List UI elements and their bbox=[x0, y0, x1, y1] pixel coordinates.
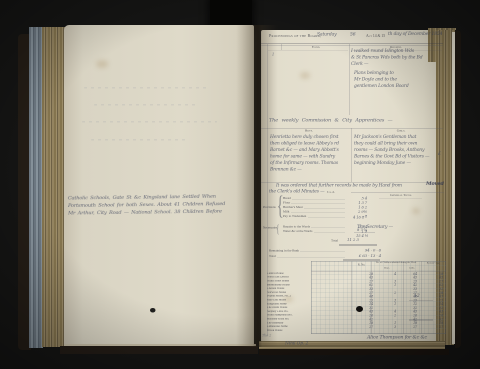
dotted-leader bbox=[301, 252, 345, 253]
total-double-rule-a bbox=[339, 244, 377, 245]
ink-dot bbox=[150, 308, 156, 313]
grid-row-label: Norwood House bbox=[267, 291, 311, 294]
balance-row: Total £ 63 · 13 · 4 bbox=[269, 253, 381, 259]
account-item-value: 5 4 bbox=[346, 196, 367, 200]
column-divider bbox=[349, 44, 350, 115]
account-row: Flour 1 3 7 bbox=[283, 200, 367, 205]
total-double-rule-b bbox=[339, 246, 377, 247]
grid-row-label: Brook House bbox=[267, 329, 311, 332]
grid-subheader-girls: Girls. bbox=[405, 267, 419, 270]
general-total-label: General Total bbox=[380, 194, 422, 198]
header-date: th day of December 1854 bbox=[388, 32, 442, 37]
left-box-entry: Henrietta here duly chosen firstthen obl… bbox=[270, 135, 339, 174]
grid-value-4: 27 bbox=[428, 325, 443, 328]
secretary-note: The Secretary — bbox=[357, 225, 393, 230]
grid-row-label: The Infirmary bbox=[267, 322, 311, 325]
grid-row-label: Chelsea House bbox=[267, 288, 311, 291]
grid-header-no: R. No. bbox=[353, 264, 370, 267]
account-row: Butcher's Meat 1 6 2 bbox=[283, 205, 367, 210]
balance-label: Remaining in the Bank bbox=[269, 249, 299, 252]
box-line: beginning Monday June — bbox=[354, 161, 429, 168]
grid-value-2: 3 bbox=[384, 325, 396, 328]
account-row: Bread 5 4 bbox=[283, 196, 367, 201]
grid-header-span: No. of Children admitted during the Week bbox=[372, 262, 420, 265]
grid-value-2: 1 bbox=[384, 284, 396, 287]
boxes-divider bbox=[351, 128, 352, 182]
grid-value-3: 27 bbox=[405, 325, 417, 328]
reported-paragraph-2: Plans belonging toMr Doyle and to thegen… bbox=[354, 71, 409, 91]
commission-minute: The weekly Commission & City Apprentices… bbox=[269, 118, 393, 123]
total-label: Total bbox=[331, 239, 338, 243]
resolution-flourish: Moved bbox=[426, 182, 444, 187]
grid-row-label: Limehouse Home bbox=[267, 326, 311, 329]
grid-header-remaining: Remain- ing. bbox=[422, 262, 444, 265]
grid-short-rule-a bbox=[409, 319, 433, 320]
photograph-backdrop: Catholic Schools, Gate St &c Kingsland l… bbox=[0, 0, 480, 369]
grid-row-label: Bermondsey House bbox=[267, 284, 311, 287]
dotted-leader bbox=[314, 232, 345, 233]
grid-row-label: Stepney Little Ho. bbox=[267, 310, 311, 313]
left-page-content: Catholic Schools, Gate St &c Kingsland l… bbox=[64, 25, 254, 345]
ink-bleed-mark bbox=[82, 121, 217, 123]
account-row: Milk 2 9½ bbox=[283, 209, 367, 214]
grid-value-1: 27 bbox=[358, 325, 373, 328]
left-fore-edge-blue bbox=[29, 27, 43, 348]
balance-value: £ 63 · 13 · 4 bbox=[346, 254, 381, 258]
grid-margin-note: 12 bbox=[414, 294, 419, 299]
right-box-entry: Mr Jackson's Gentleman thatthey could al… bbox=[354, 135, 429, 168]
grid-value-2: 1 bbox=[384, 303, 396, 306]
dotted-leader bbox=[277, 257, 344, 258]
balance-value: 94 · 0 · 6 bbox=[346, 249, 381, 253]
account-item-label: Repairs to the Wards bbox=[283, 225, 310, 228]
necessaries-group-label: Necessaries bbox=[263, 227, 277, 230]
header-rule bbox=[261, 43, 443, 44]
account-item-label: Water &c at the Wards bbox=[283, 230, 312, 233]
ink-bleed-mark bbox=[94, 104, 199, 106]
account-row: Repairs to the Wards 2 7 4 bbox=[283, 224, 367, 229]
account-item-label: Flour bbox=[283, 201, 290, 204]
resolution-line-1: It was ordered that further records be m… bbox=[276, 184, 402, 189]
balance-row: Remaining in the Bank 94 · 0 · 6 bbox=[269, 247, 381, 253]
margin-entry-number: 1 bbox=[272, 53, 274, 57]
grid-row-label: Hackney Road Ho. bbox=[267, 318, 311, 321]
account-item-value: 2 9½ bbox=[346, 210, 367, 214]
balance-double-rule-a bbox=[343, 259, 380, 260]
account-item-label: Bread bbox=[283, 197, 291, 200]
grid-value-2: 4 bbox=[384, 272, 396, 275]
account-item-label: Butcher's Meat bbox=[283, 206, 303, 209]
grid-margin-underline bbox=[409, 301, 433, 302]
annotation-line: Mr Arthur, City Road — National School. … bbox=[68, 209, 225, 218]
dotted-leader bbox=[312, 228, 345, 229]
column-divider-short bbox=[281, 44, 282, 50]
grid-short-rule-b bbox=[409, 321, 433, 322]
bottom-note: Nihil Op. 2 bbox=[285, 342, 308, 347]
ink-bleed-mark bbox=[84, 87, 209, 89]
header-act: Act 14 & 15 bbox=[366, 34, 385, 38]
grid-row-label: Kingsland Home bbox=[267, 303, 311, 306]
grid-row-label: The Infant House bbox=[267, 307, 311, 310]
form-title: Proceedings of the Board, bbox=[269, 34, 321, 38]
pound-mark: £ bbox=[438, 152, 441, 157]
balance-label: Total bbox=[269, 255, 276, 258]
reported-paragraph-1: I walked round Islington Wds& St Pancras… bbox=[351, 49, 422, 69]
general-total-underline bbox=[379, 199, 422, 200]
left-bottom-cover bbox=[60, 346, 258, 354]
right-box-header: Girls. bbox=[381, 130, 421, 133]
account-item-value: 1 6 2 bbox=[346, 205, 367, 209]
grid-row: Brook House bbox=[267, 329, 445, 333]
corner-note: The 2 bbox=[262, 334, 271, 338]
subheader-rule bbox=[268, 51, 348, 52]
weekly-grid-rows: Central House 28 4 64 28 North East Dist… bbox=[267, 272, 445, 333]
dotted-leader bbox=[308, 217, 345, 218]
grid-row-label: South Street Home bbox=[267, 280, 311, 283]
dotted-leader bbox=[291, 213, 345, 214]
dotted-leader bbox=[292, 204, 345, 205]
grid-subheader-boys: Boys. bbox=[375, 267, 399, 270]
ink-bleed-mark bbox=[91, 139, 186, 141]
grid-row-label: Popish House, No. 2 bbox=[267, 295, 311, 298]
dotted-leader bbox=[304, 208, 344, 209]
dotted-leader bbox=[292, 199, 344, 200]
currency-header: £ s. d. bbox=[327, 191, 335, 194]
account-item-value: 1 3 7 bbox=[346, 201, 367, 205]
grid-row-label: Central House bbox=[267, 272, 311, 275]
ink-blot bbox=[356, 306, 363, 312]
grid-value-2: 2 bbox=[384, 314, 396, 317]
account-item-label: Pay to Tradesmen bbox=[283, 215, 306, 218]
reported-line: Clerk — bbox=[351, 62, 422, 69]
found-column-header: Found. bbox=[291, 46, 341, 49]
boxes-top-rule bbox=[261, 128, 443, 129]
signature: Alice Thompson for &c &c bbox=[367, 335, 427, 340]
total-value: 11 2 3 bbox=[347, 238, 359, 242]
grid-row-label: Mile End House bbox=[267, 299, 311, 302]
grid-row-label: North East District bbox=[267, 276, 311, 279]
reported-line: gentlemen London Board bbox=[354, 84, 409, 91]
grid-row-label: South Hampstead Ho. bbox=[267, 314, 311, 317]
account-item-label: Milk bbox=[283, 210, 289, 213]
left-box-header: Boys. bbox=[289, 130, 329, 133]
header-day: Saturday bbox=[317, 33, 337, 38]
provisions-subtotal: 4 16 8 bbox=[353, 216, 364, 220]
balance-rows: Remaining in the Bank 94 · 0 · 6 Total £… bbox=[269, 247, 381, 258]
right-page-content: Proceedings of the Board, Saturday 56 Ac… bbox=[261, 30, 445, 352]
header-page-number: 56 bbox=[350, 33, 355, 38]
provisions-group-label: Provisions bbox=[263, 206, 276, 209]
handwritten-annotation: Catholic Schools, Gate St &c Kingsland l… bbox=[68, 194, 225, 218]
right-cover-edge bbox=[455, 30, 461, 348]
box-line: Brennan &c — bbox=[270, 168, 339, 175]
grid-value-2: 2 bbox=[384, 291, 396, 294]
